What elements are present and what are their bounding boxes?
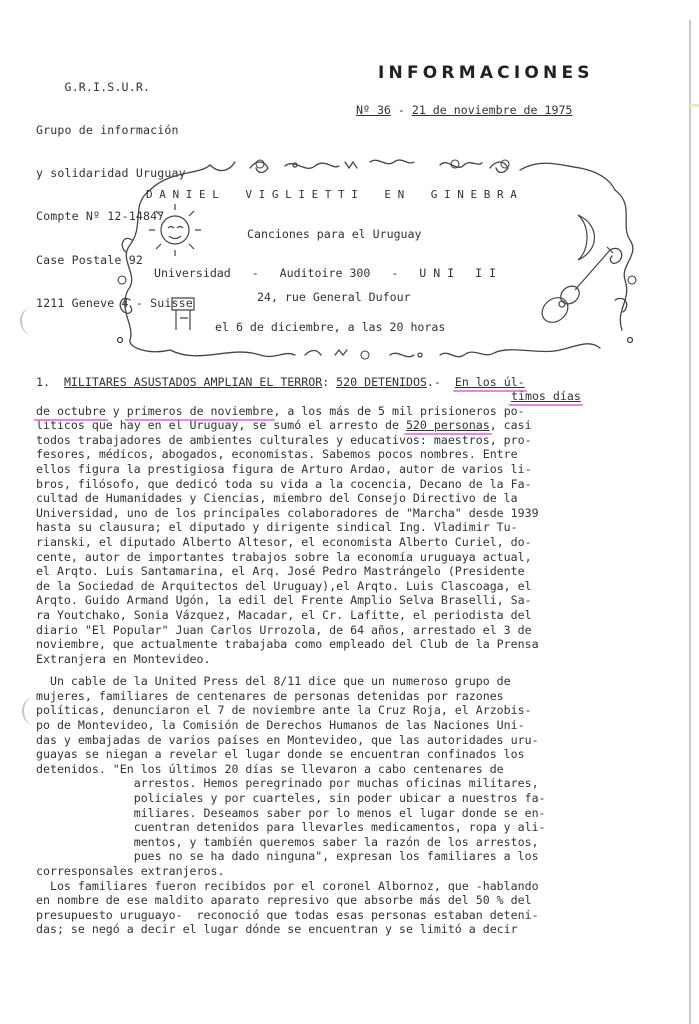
- guitar-icon: [537, 247, 613, 327]
- text-line: presupuesto uruguayo- reconoció que toda…: [36, 908, 636, 923]
- text-line: rianski, el diputado Alberto Altesor, el…: [36, 535, 636, 550]
- masthead-title: INFORMACIONES: [378, 63, 594, 83]
- highlighted-phrase: de octubre: [36, 404, 106, 418]
- text-line: hasta su clausura; el diputado y dirigen…: [36, 520, 636, 535]
- issue-date: 21 de noviembre de 1975: [412, 103, 573, 117]
- highlighted-lead: timos días: [511, 389, 581, 403]
- text-line: mujeres, familiares de centenares de per…: [36, 689, 636, 704]
- page-edge: [689, 20, 691, 1024]
- text-line: arrestos. Hemos peregrinado por muchas o…: [36, 776, 636, 791]
- paragraph-3: Los familiares fueron recibidos por el c…: [36, 879, 636, 937]
- highlighted-phrase: primeros de noviembre: [127, 404, 274, 418]
- article-heading: MILITARES ASUSTADOS AMPLIAN EL TERROR: [64, 375, 322, 389]
- text-line: mentos, y también queremos saber la razó…: [36, 835, 636, 850]
- text-line: ellos figura la prestigiosa figura de Ar…: [36, 462, 636, 477]
- article-heading-line-2: timos días: [36, 389, 636, 404]
- text-line: pues no se ha dado ninguna", expresan lo…: [36, 849, 636, 864]
- fist-icon: [172, 298, 194, 330]
- highlighted-phrase: 520 personas: [406, 418, 490, 432]
- text-segment: , a los más de 5 mil prisioneros po-: [273, 404, 524, 418]
- text-line: guayas se niegan a revelar el lugar dond…: [36, 747, 636, 762]
- text-line: noviembre, que actualmente trabajaba com…: [36, 637, 636, 652]
- text-line: cuentran detenidos para llevarles medica…: [36, 820, 636, 835]
- text-line: cultad de Humanidades y Ciencias, miembr…: [36, 491, 636, 506]
- text-line: das; se negó a decir el lugar dónde se e…: [36, 922, 636, 937]
- article-body: 1. MILITARES ASUSTADOS AMPLIAN EL TERROR…: [36, 375, 636, 937]
- text-line: corresponsales extranjeros.: [36, 864, 636, 879]
- issue-number: Nº 36: [356, 103, 391, 117]
- event-address: 24, rue General Dufour: [257, 290, 411, 304]
- moon-icon: [578, 215, 595, 260]
- article-heading-count: 520 DETENIDOS: [336, 375, 427, 389]
- text-segment: , casi: [490, 418, 532, 432]
- paragraph-2: Un cable de la United Press del 8/11 dic…: [36, 674, 636, 878]
- event-headline: D A N I E L V I G L I E T T I E N G I N …: [146, 188, 517, 201]
- text-line: policiales y por cuarteles, sin poder ub…: [36, 791, 636, 806]
- event-subtitle: Canciones para el Uruguay: [247, 227, 422, 241]
- issue-separator: -: [391, 103, 412, 117]
- text-line: Extranjera en Montevideo.: [36, 652, 636, 667]
- text-line: detenidos. "En los últimos 20 días se ll…: [36, 762, 636, 777]
- sender-line: Grupo de información: [36, 123, 193, 137]
- ornamental-border: [110, 150, 640, 370]
- text-line: miliares. Deseamos saber por lo menos el…: [36, 806, 636, 821]
- text-line: po de Montevideo, la Comisión de Derecho…: [36, 718, 636, 733]
- text-line: políticas, denunciaron el 7 de noviembre…: [36, 703, 636, 718]
- section-number: 1.: [36, 375, 50, 389]
- text-line: ra Youtchako, Sonia Vázquez, Macadar, el…: [36, 608, 636, 623]
- edge-mark: [690, 104, 699, 107]
- text-line: diario "El Popular" Juan Carlos Urrozola…: [36, 623, 636, 638]
- text-line: de la Sociedad de Arquitectos del Urugua…: [36, 579, 636, 594]
- issue-line: Nº 36 - 21 de noviembre de 1975: [356, 103, 572, 117]
- event-venue: Universidad - Auditoire 300 - U N I I I: [154, 266, 496, 280]
- text-line: bros, filósofo, que dedicó toda su vida …: [36, 477, 636, 492]
- event-datetime: el 6 de diciembre, a las 20 horas: [215, 320, 445, 334]
- text-line: fesores, médicos, abogados, economistas.…: [36, 447, 636, 462]
- article-heading-line: 1. MILITARES ASUSTADOS AMPLIAN EL TERROR…: [36, 375, 636, 389]
- text-line: el Arqto. Luis Santamarina, el Arq. José…: [36, 564, 636, 579]
- text-line: Un cable de la United Press del 8/11 dic…: [36, 674, 636, 689]
- event-announcement: D A N I E L V I G L I E T T I E N G I N …: [110, 150, 640, 370]
- heading-colon: :: [322, 375, 336, 389]
- text-line: en nombre de ese maldito aparato represi…: [36, 893, 636, 908]
- text-line: das y embajadas de varios países en Mont…: [36, 733, 636, 748]
- text-line: Universidad, uno de los principales cola…: [36, 506, 636, 521]
- paragraph-1: de octubre y primeros de noviembre, a lo…: [36, 404, 636, 667]
- text-segment: y: [106, 404, 127, 418]
- text-line: todos trabajadores de ambientes cultural…: [36, 433, 636, 448]
- text-line: Arqto. Guido Armand Ugón, la edil del Fr…: [36, 593, 636, 608]
- sun-icon: [149, 204, 201, 256]
- heading-suffix: .-: [427, 375, 441, 389]
- text-line: cente, autor de importantes trabajos sob…: [36, 550, 636, 565]
- org-acronym: G.R.I.S.U.R.: [36, 80, 193, 94]
- text-line: Los familiares fueron recibidos por el c…: [36, 879, 636, 894]
- highlighted-lead: En los úl-: [455, 375, 525, 389]
